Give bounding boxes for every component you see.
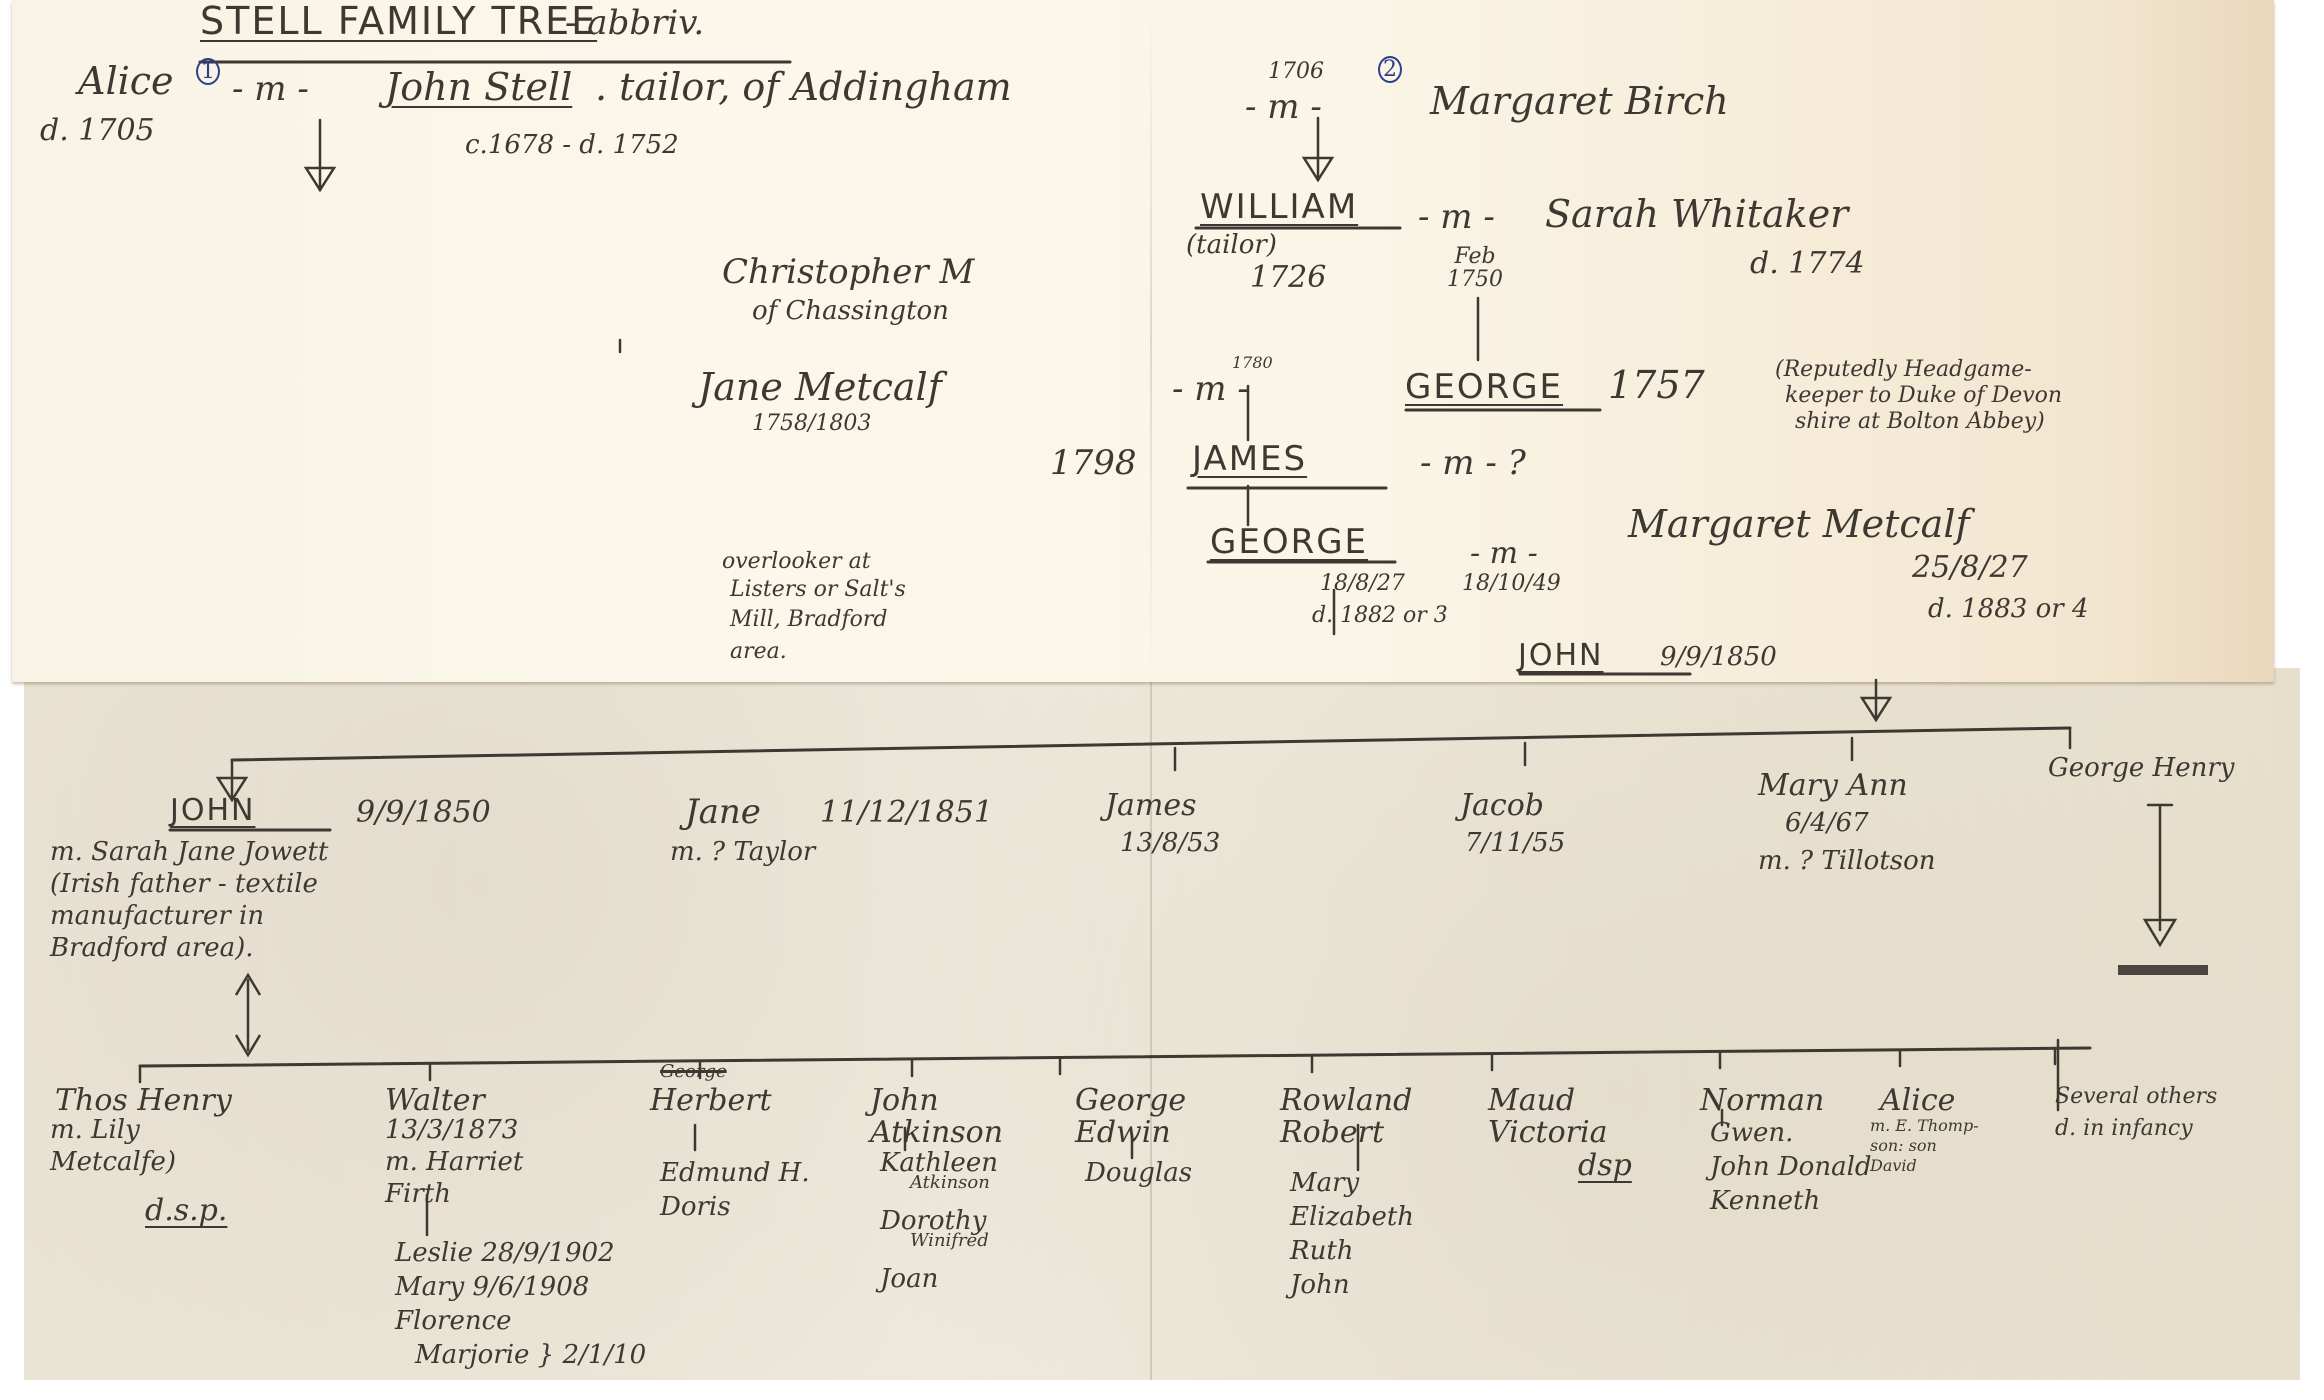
- first-wife-death: d. 1705: [40, 115, 155, 147]
- first-wife-name: Alice: [78, 62, 174, 102]
- grandchild-detail: m. Lily: [50, 1117, 140, 1144]
- child-name: James: [1105, 790, 1197, 822]
- descendant-name: Joan: [880, 1266, 938, 1293]
- child-detail: m. Sarah Jane Jowett: [50, 839, 328, 866]
- grandchild-name: Thos Henry: [55, 1085, 232, 1117]
- descendant-name: Atkinson: [910, 1174, 990, 1193]
- paper-sheet-bottom: [24, 668, 2300, 1380]
- child-birth: 13/8/53: [1120, 830, 1220, 857]
- margaret-metcalf-death: d. 1883 or 4: [1928, 596, 2089, 623]
- george-1827-death: d. 1882 or 3: [1312, 604, 1448, 627]
- william-name: WILLIAM: [1200, 190, 1358, 226]
- william-birth: 1726: [1250, 262, 1326, 294]
- child-name: JOHN: [170, 795, 255, 827]
- grandchild-name: George: [1075, 1085, 1186, 1117]
- child-detail: (Irish father - textile: [50, 871, 318, 898]
- descendant-name: Elizabeth: [1290, 1204, 1414, 1231]
- margaret-metcalf-birth: 25/8/27: [1912, 552, 2028, 584]
- christopher-metcalf-place: of Chassington: [752, 298, 949, 325]
- marriage-2-separator: - m -: [1245, 90, 1322, 126]
- george-1757-note-line-2: keeper to Duke of Devon: [1785, 384, 2062, 407]
- grandchild-note: d.s.p.: [145, 1195, 227, 1227]
- john-stell-dates: c.1678 - d. 1752: [465, 132, 679, 159]
- george-1827-marriage-separator: - m -: [1470, 538, 1538, 570]
- descendant-name: Edmund H.: [660, 1160, 810, 1187]
- marriage-2-year: 1706: [1268, 60, 1324, 83]
- grandchild-detail: Firth: [385, 1181, 451, 1208]
- john-stell-name: John Stell: [385, 68, 572, 108]
- grandchild-name: Rowland: [1280, 1085, 1412, 1117]
- child-name: Jane: [685, 795, 761, 831]
- grandchild-name: John: [870, 1085, 939, 1117]
- child-detail: m. ? Tillotson: [1758, 848, 1936, 875]
- grandchild-name: Norman: [1700, 1085, 1824, 1117]
- descendant-name: Mary: [1290, 1170, 1359, 1197]
- john-summary-name: JOHN: [1518, 640, 1603, 672]
- descendant-name: John Donald: [1710, 1154, 1872, 1181]
- george-1757-note-line-3: shire at Bolton Abbey): [1795, 410, 2045, 433]
- grandchild-name: Herbert: [650, 1085, 772, 1117]
- william-occupation: (tailor): [1186, 232, 1277, 259]
- grandchild-detail: David: [1870, 1158, 1917, 1175]
- descendant-name: Winifred: [910, 1232, 989, 1251]
- descendant-name: Marjorie } 2/1/10: [415, 1342, 646, 1369]
- george-1827-marriage-date: 18/10/49: [1462, 572, 1561, 595]
- child-name: Jacob: [1460, 790, 1544, 822]
- grandchild-detail: Metcalfe): [50, 1149, 176, 1176]
- george-1757-marriage-separator: - m -: [1172, 372, 1249, 408]
- descendant-name: Mary 9/6/1908: [395, 1274, 589, 1301]
- grandchild-name: Several others: [2055, 1085, 2217, 1108]
- grandchild-detail: m. Harriet: [385, 1149, 523, 1176]
- child-birth: 7/11/55: [1465, 830, 1565, 857]
- james-marriage: - m - ?: [1420, 446, 1526, 482]
- child-detail: Bradford area).: [50, 935, 254, 962]
- child-birth: 9/9/1850: [356, 797, 491, 829]
- grandchild-name: Maud: [1488, 1085, 1575, 1117]
- james-name: JAMES: [1192, 442, 1307, 478]
- descendant-name: Kenneth: [1710, 1188, 1820, 1215]
- grandchild-name: Robert: [1280, 1117, 1384, 1149]
- grandchild-name: Victoria: [1488, 1117, 1607, 1149]
- child-birth: 6/4/67: [1785, 810, 1869, 837]
- struck-name: George: [660, 1063, 727, 1082]
- descendant-name: Ruth: [1290, 1238, 1354, 1265]
- grandchild-detail: m. E. Thomp-: [1870, 1118, 1979, 1135]
- descendant-name: Gwen.: [1710, 1120, 1793, 1147]
- jane-metcalf-dates: 1758/1803: [752, 412, 871, 435]
- occupation-note-line-3: Mill, Bradford: [730, 608, 888, 631]
- descendant-name: John: [1290, 1272, 1350, 1299]
- descendant-name: Doris: [660, 1194, 731, 1221]
- grandchild-detail: 13/3/1873: [385, 1117, 518, 1144]
- child-detail: m. ? Taylor: [670, 839, 815, 866]
- george-1757-note-line-1: (Reputedly Headgame-: [1775, 358, 2032, 381]
- occupation-note-line-2: Listers or Salt's: [730, 578, 906, 601]
- title-note: - abbriv.: [565, 6, 704, 42]
- descendant-name: Douglas: [1085, 1160, 1192, 1187]
- george-1827-name: GEORGE: [1210, 525, 1368, 561]
- grandchild-name: d. in infancy: [2055, 1117, 2193, 1140]
- grandchild-name: Edwin: [1075, 1117, 1171, 1149]
- grandchild-name: Atkinson: [870, 1117, 1003, 1149]
- grandchild-note: dsp: [1578, 1150, 1632, 1182]
- child-detail: manufacturer in: [50, 903, 264, 930]
- christopher-metcalf-name: Christopher M: [722, 255, 974, 291]
- william-marriage-date: Feb 1750: [1430, 245, 1520, 291]
- child-name: Mary Ann: [1758, 770, 1908, 802]
- descendant-name: Florence: [395, 1308, 512, 1335]
- grandchild-name: Walter: [385, 1085, 485, 1117]
- marriage-1-marker: 1: [196, 58, 220, 85]
- sarah-whitaker-death: d. 1774: [1750, 248, 1865, 280]
- marriage-2-marker: 2: [1378, 56, 1402, 83]
- marriage-1-separator: - m -: [232, 72, 309, 108]
- descendant-name: Leslie 28/9/1902: [395, 1240, 615, 1267]
- george-1757-name: GEORGE: [1405, 370, 1563, 406]
- occupation-note-line-1: overlooker at: [722, 550, 871, 573]
- george-1827-birth: 18/8/27: [1320, 572, 1405, 595]
- grandchild-name: Alice: [1880, 1085, 1955, 1117]
- george-1757-birth: 1757: [1608, 366, 1705, 406]
- grandchild-detail: son: son: [1870, 1138, 1937, 1155]
- margaret-birch-name: Margaret Birch: [1430, 82, 1729, 122]
- child-name: George Henry: [2048, 755, 2234, 782]
- jane-metcalf-name: Jane Metcalf: [698, 368, 942, 408]
- page-title: STELL FAMILY TREE: [200, 2, 597, 42]
- margaret-metcalf-name: Margaret Metcalf: [1628, 505, 1970, 545]
- william-marriage-separator: - m -: [1418, 200, 1495, 236]
- john-stell-occupation: . tailor, of Addingham: [595, 68, 1012, 108]
- sarah-whitaker-name: Sarah Whitaker: [1545, 195, 1848, 235]
- john-summary-birth: 9/9/1850: [1660, 644, 1777, 671]
- james-birth: 1798: [1050, 446, 1137, 482]
- child-birth: 11/12/1851: [820, 797, 993, 829]
- occupation-note-line-4: area.: [730, 640, 787, 663]
